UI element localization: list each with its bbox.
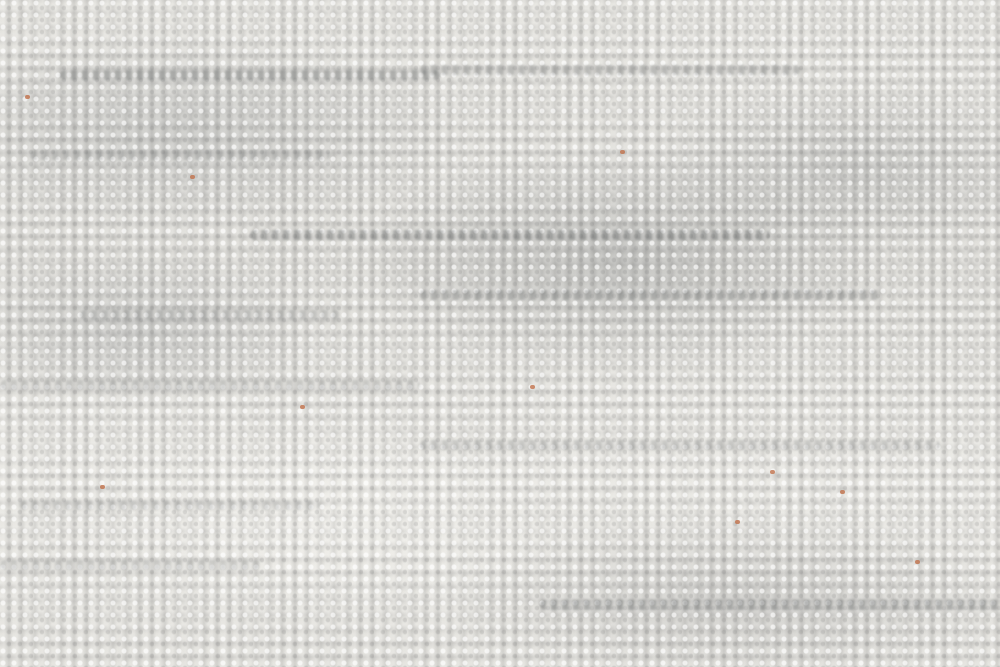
rust-fleck: [190, 175, 195, 179]
rust-fleck: [770, 470, 775, 474]
rust-fleck: [530, 385, 535, 389]
gray-streak: [420, 65, 800, 75]
rust-fleck: [300, 405, 305, 409]
gray-streak: [80, 310, 340, 320]
rust-fleck: [100, 485, 105, 489]
gray-streak: [0, 380, 420, 390]
rust-fleck: [620, 150, 625, 154]
rust-fleck: [840, 490, 845, 494]
rug-texture-photo: [0, 0, 1000, 667]
gray-streak: [250, 230, 770, 240]
gray-streak: [0, 560, 260, 570]
rust-fleck: [25, 95, 30, 99]
gray-streak: [540, 600, 1000, 610]
gray-streak: [420, 440, 940, 450]
gray-streak: [60, 70, 440, 80]
gray-streak: [20, 500, 320, 510]
gray-streak: [30, 150, 330, 160]
rust-fleck: [915, 560, 920, 564]
gray-streak: [420, 290, 880, 300]
rust-fleck: [735, 520, 740, 524]
